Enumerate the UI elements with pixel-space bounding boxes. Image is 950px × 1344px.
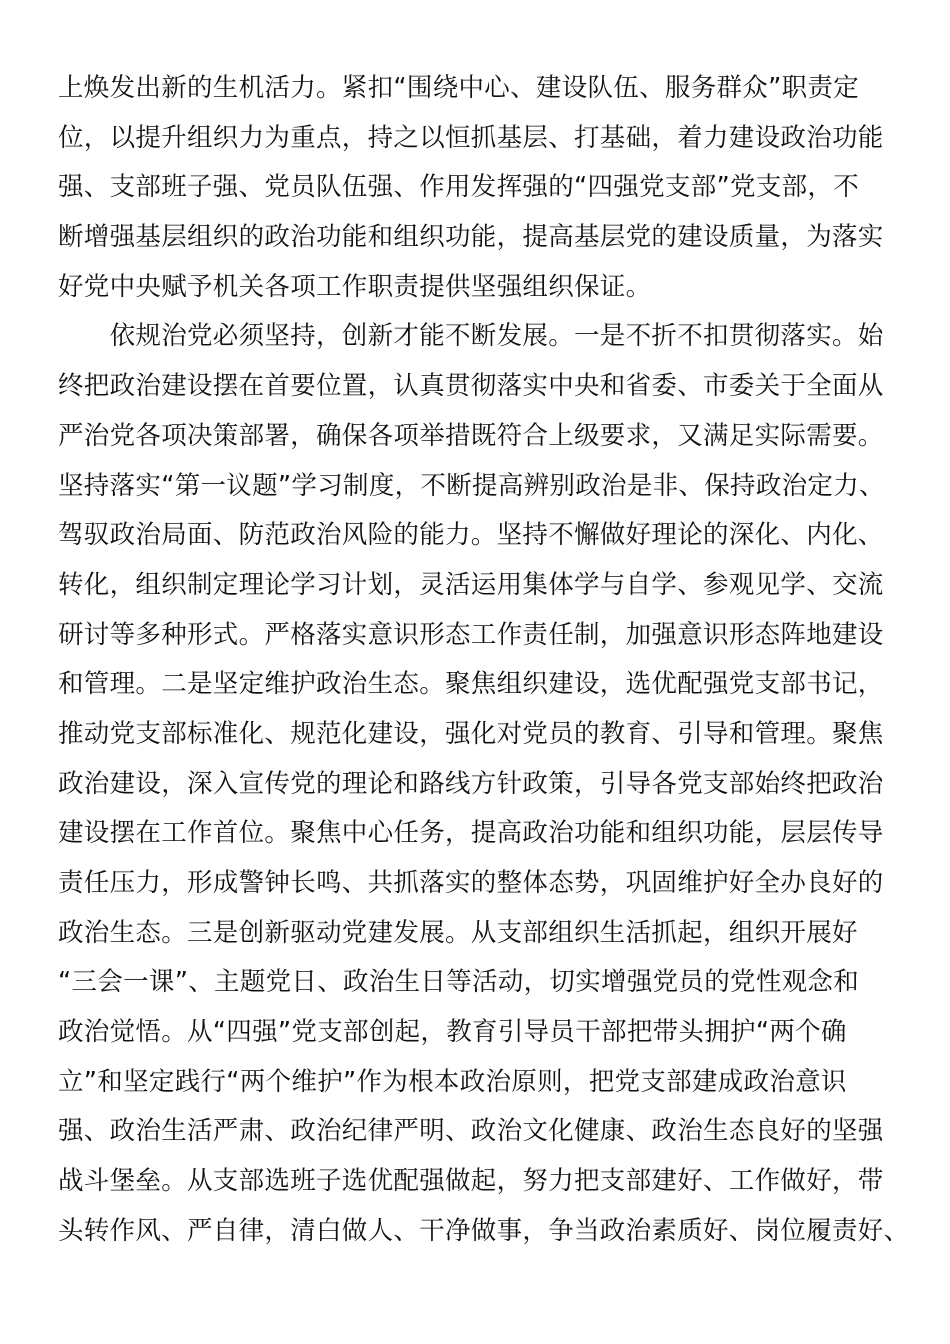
text-line: 战斗堡垒。从支部选班子选优配强做起，努力把支部建好、工作做好，带 [58,1157,898,1207]
text-line: 政治觉悟。从“四强”党支部创起，教育引导员干部把带头拥护“两个确 [58,1008,898,1058]
text-line: 研讨等多种形式。严格落实意识形态工作责任制，加强意识形态阵地建设 [58,611,898,661]
text-line: 建设摆在工作首位。聚焦中心任务，提高政治功能和组织功能，层层传导 [58,809,898,859]
text-line: 转化，组织制定理论学习计划，灵活运用集体学与自学、参观见学、交流 [58,561,898,611]
text-line: 责任压力，形成警钟长鸣、共抓落实的整体态势，巩固维护好全办良好的 [58,859,898,909]
text-line: 强、支部班子强、党员队伍强、作用发挥强的“四强党支部”党支部，不 [58,163,898,213]
text-line: 立”和坚定践行“两个维护”作为根本政治原则，把党支部建成政治意识 [58,1058,898,1108]
text-line: 终把政治建设摆在首要位置，认真贯彻落实中央和省委、市委关于全面从 [58,362,898,412]
text-line: 头转作风、严自律，清白做人、干净做事，争当政治素质好、岗位履责好、 [58,1207,898,1257]
text-line: 位，以提升组织力为重点，持之以恒抓基层、打基础，着力建设政治功能 [58,114,898,164]
text-line: 和管理。二是坚定维护政治生态。聚焦组织建设，选优配强党支部书记， [58,660,898,710]
text-line: 政治建设，深入宣传党的理论和路线方针政策，引导各党支部始终把政治 [58,760,898,810]
text-line: 断增强基层组织的政治功能和组织功能，提高基层党的建设质量，为落实 [58,213,898,263]
text-line: 严治党各项决策部署，确保各项举措既符合上级要求，又满足实际需要。 [58,412,898,462]
text-line: 政治生态。三是创新驱动党建发展。从支部组织生活抓起，组织开展好 [58,909,898,959]
paragraph-start-line: 依规治党必须坚持，创新才能不断发展。一是不折不扣贯彻落实。始 [58,312,898,362]
document-page: 上焕发出新的生机活力。紧扣“围绕中心、建设队伍、服务群众”职责定 位，以提升组织… [58,64,898,1257]
text-line: 强、政治生活严肃、政治纪律严明、政治文化健康、政治生态良好的坚强 [58,1107,898,1157]
text-line: 坚持落实“第一议题”学习制度，不断提高辨别政治是非、保持政治定力、 [58,462,898,512]
text-line: 上焕发出新的生机活力。紧扣“围绕中心、建设队伍、服务群众”职责定 [58,64,898,114]
text-line: “三会一课”、主题党日、政治生日等活动，切实增强党员的党性观念和 [58,958,898,1008]
text-line: 推动党支部标准化、规范化建设，强化对党员的教育、引导和管理。聚焦 [58,710,898,760]
text-line: 驾驭政治局面、防范政治风险的能力。坚持不懈做好理论的深化、内化、 [58,511,898,561]
text-line: 好党中央赋予机关各项工作职责提供坚强组织保证。 [58,263,898,313]
